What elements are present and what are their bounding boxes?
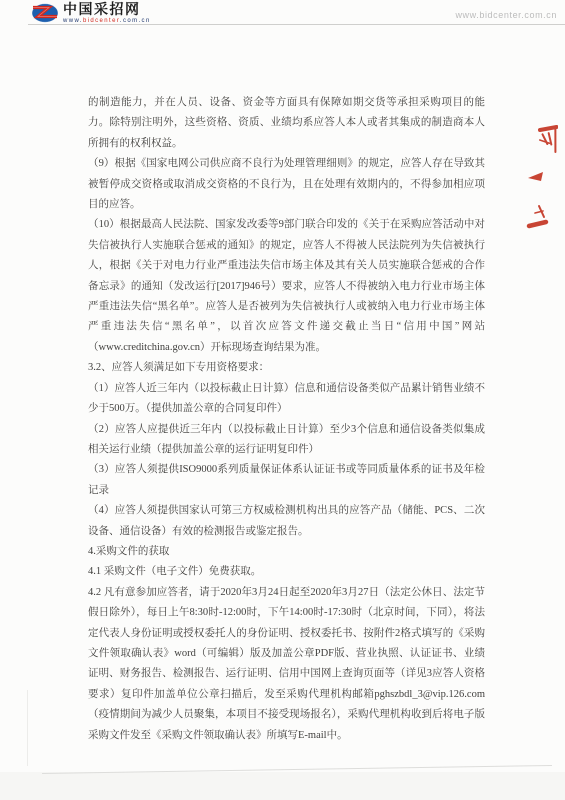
site-url: www.bidcenter.com.cn <box>455 10 557 20</box>
document-paragraph: 4.采购文件的获取 <box>88 542 485 562</box>
red-seal-fragment <box>516 120 558 238</box>
logo-text-block: 中国采招网 www.bidcenter.com.cn <box>63 2 151 24</box>
document-paragraph: （1）应答人近三年内（以投标截止日计算）信息和通信设备类似产品累计销售业绩不少于… <box>88 379 485 420</box>
document-paragraph: （9）根据《国家电网公司供应商不良行为处理管理细则》的规定，应答人存在导致其被暂… <box>88 154 485 215</box>
logo-brand-text: 中国采招网 <box>63 2 151 16</box>
scanned-document-page: 中国采招网 www.bidcenter.com.cn www.bidcenter… <box>0 0 565 800</box>
bidcenter-logo[interactable]: 中国采招网 www.bidcenter.com.cn <box>30 2 151 24</box>
header-divider <box>28 24 565 25</box>
document-paragraph: （4）应答人须提供国家认可第三方权威检测机构出具的应答产品（储能、PCS、二次设… <box>88 501 485 542</box>
document-paragraph: 4.1 采购文件（电子文件）免费获取。 <box>88 562 485 582</box>
document-body: 的制造能力，并在人员、设备、资金等方面具有保障如期交货等承担采购项目的能力。除特… <box>88 93 485 746</box>
document-paragraph: 的制造能力，并在人员、设备、资金等方面具有保障如期交货等承担采购项目的能力。除特… <box>88 93 485 154</box>
document-paragraph: （2）应答人应提供近三年内（以投标截止日计算）至少3个信息和通信设备类似集成相关… <box>88 420 485 461</box>
document-paragraph: （3）应答人须提供ISO9000系列质量保证体系认证证书或等同质量体系的证书及年… <box>88 460 485 501</box>
document-paragraph: 4.2 凡有意参加应答者，请于2020年3月24日起至2020年3月27日（法定… <box>88 583 485 746</box>
scan-background <box>0 772 565 800</box>
site-header: 中国采招网 www.bidcenter.com.cn www.bidcenter… <box>30 2 557 24</box>
document-paragraph: （10）根据最高人民法院、国家发改委等9部门联合印发的《关于在采购应答活动中对失… <box>88 215 485 358</box>
bidcenter-globe-icon <box>30 2 60 24</box>
page-left-edge <box>27 690 28 766</box>
document-paragraph: 3.2、应答人须满足如下专用资格要求： <box>88 358 485 378</box>
